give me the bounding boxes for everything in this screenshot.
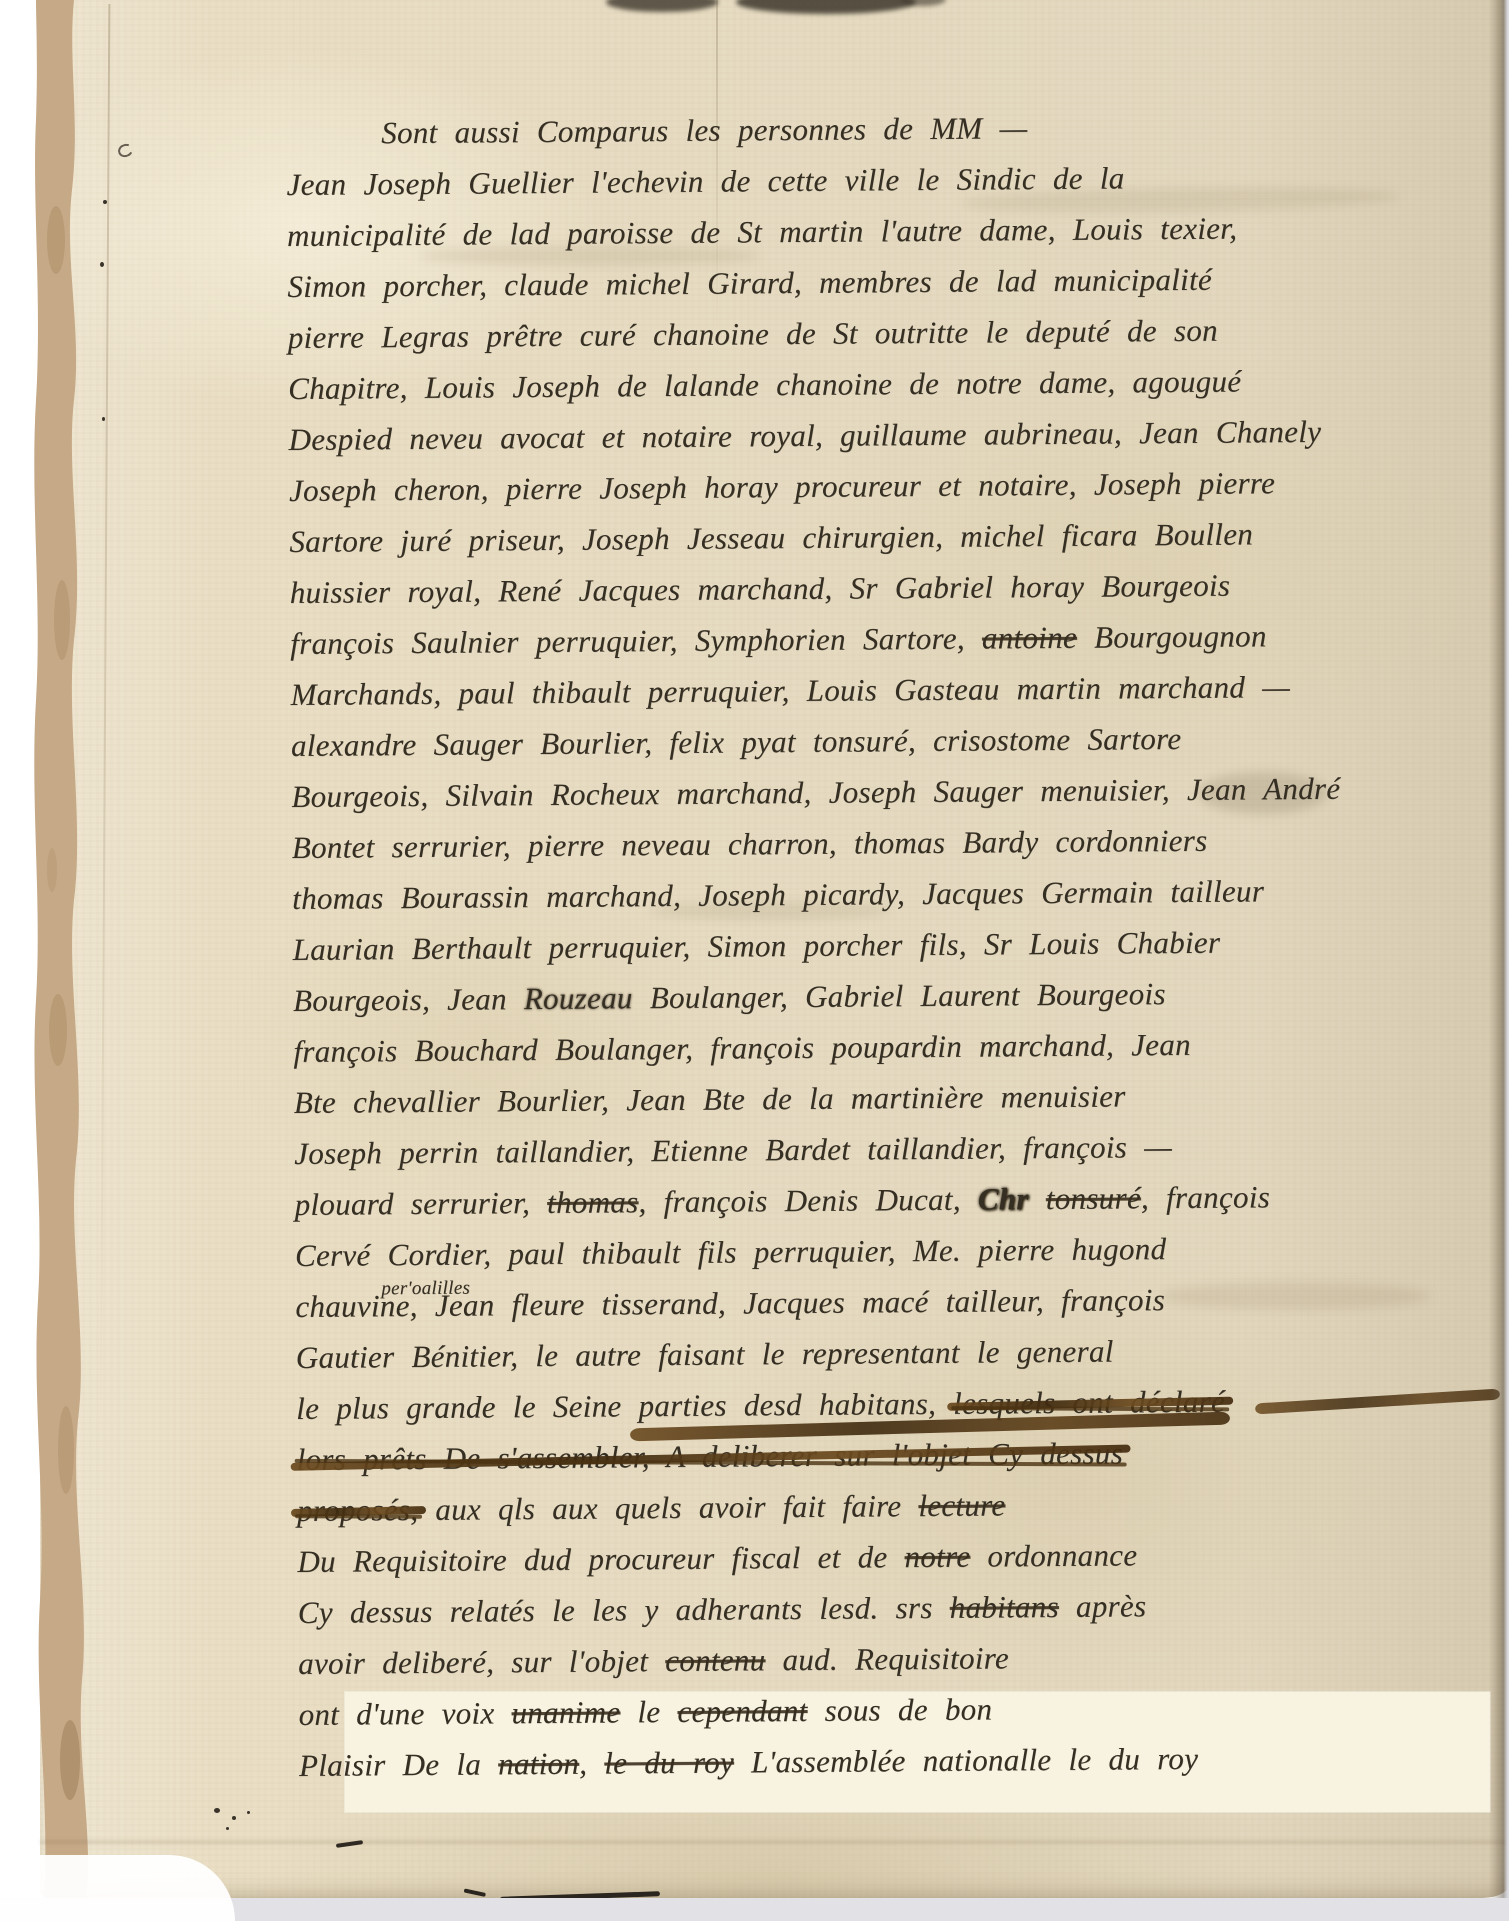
manuscript-text-segment: , — [579, 1746, 604, 1781]
manuscript-text-segment: notre — [904, 1539, 970, 1575]
page-right-edge-shadow — [1489, 0, 1509, 1898]
manuscript-line: ont d'une voix unanime le cependant sous… — [298, 1679, 1503, 1739]
manuscript-line: françois Saulnier perruquier, Symphorien… — [290, 609, 1495, 669]
manuscript-line: plouard serrurier, thomas, françois Deni… — [294, 1170, 1499, 1230]
manuscript-text-segment: municipalité de lad paroisse de St marti… — [287, 211, 1237, 253]
manuscript-line: Du Requisitoire dud procureur fiscal et … — [297, 1526, 1502, 1586]
ink-speck — [214, 1808, 220, 1813]
manuscript-text-segment: sous de bon — [807, 1692, 992, 1728]
manuscript-line: Bourgeois, Silvain Rocheux marchand, Jos… — [291, 762, 1496, 822]
manuscript-text-segment: tonsuré — [1046, 1180, 1141, 1216]
manuscript-lines: Sont aussi Comparus les personnes de MM … — [286, 99, 1504, 1791]
manuscript-line: Sartore juré priseur, Joseph Jesseau chi… — [289, 507, 1494, 567]
bottom-left-scanner-gap — [0, 1855, 235, 1921]
manuscript-text-segment: Rouzeau — [524, 980, 633, 1016]
manuscript-line: Cervé Cordier, paul thibault fils perruq… — [295, 1221, 1500, 1281]
manuscript-text-segment: contenu — [665, 1642, 766, 1678]
manuscript-text-segment: Bontet serrurier, pierre neveau charron,… — [292, 823, 1208, 865]
manuscript-text-segment: Du Requisitoire dud procureur fiscal et … — [297, 1539, 904, 1579]
manuscript-line: per'oalilleschauvine, Jean fleure tisser… — [295, 1271, 1500, 1331]
manuscript-text-segment: Gautier Bénitier, le autre faisant le re… — [296, 1334, 1114, 1375]
manuscript-line: avoir deliberé, sur l'objet contenu aud.… — [298, 1628, 1503, 1688]
manuscript-text-segment: Despied neveu avocat et notaire royal, g… — [288, 414, 1321, 457]
manuscript-text-segment: Chapitre, Louis Joseph de lalande chanoi… — [288, 364, 1241, 406]
manuscript-text-segment: Boulanger, Gabriel Laurent Bourgeois — [633, 976, 1166, 1015]
manuscript-line: Jean Joseph Guellier l'echevin de cette … — [286, 150, 1491, 210]
manuscript-line: Marchands, paul thibault perruquier, Lou… — [290, 660, 1495, 720]
manuscript-text-segment: alexandre Sauger Bourlier, felix pyat to… — [291, 721, 1182, 763]
manuscript-line: proposés, aux qls aux quels avoir fait f… — [297, 1475, 1502, 1535]
manuscript-text-segment: le du roy — [604, 1745, 734, 1781]
manuscript-line: Plaisir De la nation, le du roy L'assemb… — [299, 1730, 1504, 1790]
manuscript-line: Joseph perrin taillandier, Etienne Barde… — [294, 1119, 1499, 1179]
manuscript-text-segment: , françois Denis Ducat, — [638, 1182, 978, 1220]
manuscript-text-segment: Joseph perrin taillandier, Etienne Barde… — [294, 1129, 1172, 1171]
manuscript-line: Cy dessus relatés le les y adherants les… — [298, 1577, 1503, 1637]
manuscript-text-segment: nation — [498, 1746, 579, 1782]
bottom-fold-line — [40, 1840, 1509, 1844]
manuscript-line: alexandre Sauger Bourlier, felix pyat to… — [291, 711, 1496, 771]
manuscript-text-segment: aux qls aux quels avoir fait faire — [418, 1488, 918, 1527]
manuscript-text-segment: Simon porcher, claude michel Girard, mem… — [287, 262, 1212, 304]
manuscript-text-segment: chauvine, Jean fleure tisserand, Jacques… — [295, 1282, 1165, 1324]
manuscript-text-segment: françois Saulnier perruquier, Symphorien… — [290, 621, 982, 661]
manuscript-text-segment: Sont aussi Comparus les personnes de MM … — [381, 110, 1027, 150]
manuscript-line: municipalité de lad paroisse de St marti… — [287, 201, 1492, 261]
manuscript-text-segment: huissier royal, René Jacques marchand, S… — [290, 568, 1231, 610]
manuscript-text-segment: Laurian Berthault perruquier, Simon porc… — [292, 925, 1220, 967]
manuscript-text-segment: Marchands, paul thibault perruquier, Lou… — [290, 669, 1290, 712]
manuscript-text-segment: avoir deliberé, sur l'objet — [298, 1643, 665, 1681]
manuscript-text-segment: plouard serrurier, — [294, 1185, 547, 1222]
manuscript-text-segment: Bte chevallier Bourlier, Jean Bte de la … — [294, 1078, 1126, 1120]
manuscript-text-segment: Chr — [978, 1181, 1029, 1216]
manuscript-text-segment: françois Bouchard Boulanger, françois po… — [293, 1027, 1191, 1069]
manuscript-text-segment: proposés, — [297, 1492, 419, 1528]
manuscript-line: Chapitre, Louis Joseph de lalande chanoi… — [288, 354, 1493, 414]
manuscript-text-segment: Bourgeois, Jean — [293, 981, 524, 1018]
manuscript-line: Bontet serrurier, pierre neveau charron,… — [292, 813, 1497, 873]
manuscript-text-segment: thomas — [547, 1184, 639, 1220]
manuscript-text-segment: le plus grande le Seine parties desd hab… — [296, 1386, 953, 1426]
manuscript-text-segment: le — [620, 1694, 677, 1729]
manuscript-text-segment: pierre Legras prêtre curé chanoine de St… — [288, 313, 1218, 355]
manuscript-line: Gautier Bénitier, le autre faisant le re… — [296, 1322, 1501, 1382]
manuscript-text-segment: antoine — [982, 620, 1077, 656]
manuscript-line: Despied neveu avocat et notaire royal, g… — [288, 405, 1493, 465]
manuscript-line: Simon porcher, claude michel Girard, mem… — [287, 252, 1492, 312]
manuscript-line: Joseph cheron, pierre Joseph horay procu… — [289, 456, 1494, 516]
manuscript-line: pierre Legras prêtre curé chanoine de St… — [288, 303, 1493, 363]
manuscript-text-segment: ordonnance — [970, 1537, 1137, 1573]
torn-left-edge — [22, 0, 112, 1898]
manuscript-text-segment: Bourgeois, Silvain Rocheux marchand, Jos… — [291, 771, 1340, 814]
manuscript-text-segment: Cy dessus relatés le les y adherants les… — [298, 1590, 950, 1630]
ink-speck — [102, 417, 105, 421]
ink-speck — [226, 1827, 229, 1830]
manuscript-text-segment: ont d'une voix — [298, 1695, 511, 1732]
manuscript-text-segment: habitans — [950, 1589, 1059, 1625]
manuscript-text-segment: unanime — [511, 1694, 620, 1730]
manuscript-text-segment: après — [1059, 1588, 1147, 1624]
manuscript-line: thomas Bourassin marchand, Joseph picard… — [292, 864, 1497, 924]
ink-speck — [247, 1811, 250, 1814]
manuscript-line: Sont aussi Comparus les personnes de MM … — [286, 99, 1491, 159]
manuscript-text-segment: Plaisir De la — [299, 1746, 498, 1783]
manuscript-line: Bte chevallier Bourlier, Jean Bte de la … — [294, 1068, 1499, 1128]
manuscript-text-segment: thomas Bourassin marchand, Joseph picard… — [292, 873, 1264, 916]
manuscript-text-segment: Sartore juré priseur, Joseph Jesseau chi… — [289, 516, 1253, 559]
manuscript-text-segment: Bourgougnon — [1077, 618, 1267, 654]
ink-speck — [103, 200, 107, 204]
manuscript-text-segment: Jean Joseph Guellier l'echevin de cette … — [286, 160, 1124, 202]
ink-speck — [100, 262, 104, 267]
manuscript-text-segment — [1029, 1181, 1046, 1216]
manuscript-text-segment: lors prêts De s'assembler, A deliberer s… — [296, 1435, 1123, 1476]
manuscript-line: françois Bouchard Boulanger, françois po… — [293, 1017, 1498, 1077]
manuscript-line: huissier royal, René Jacques marchand, S… — [290, 558, 1495, 618]
manuscript-line: Bourgeois, Jean Rouzeau Boulanger, Gabri… — [293, 966, 1498, 1026]
manuscript-text-segment: , françois — [1141, 1179, 1270, 1215]
manuscript-text-segment: L'assemblée nationalle le du roy — [734, 1741, 1198, 1780]
manuscript-text-segment: lecture — [918, 1487, 1005, 1523]
manuscript-text-segment: aud. Requisitoire — [765, 1640, 1009, 1677]
ink-speck — [232, 1816, 236, 1820]
manuscript-text-segment: cependant — [677, 1693, 807, 1729]
scanned-manuscript-page: { "colors": { "paper": "#eadfc5", "paper… — [0, 0, 1509, 1921]
manuscript-line: Laurian Berthault perruquier, Simon porc… — [292, 915, 1497, 975]
manuscript-text-segment: Joseph cheron, pierre Joseph horay procu… — [289, 465, 1275, 508]
